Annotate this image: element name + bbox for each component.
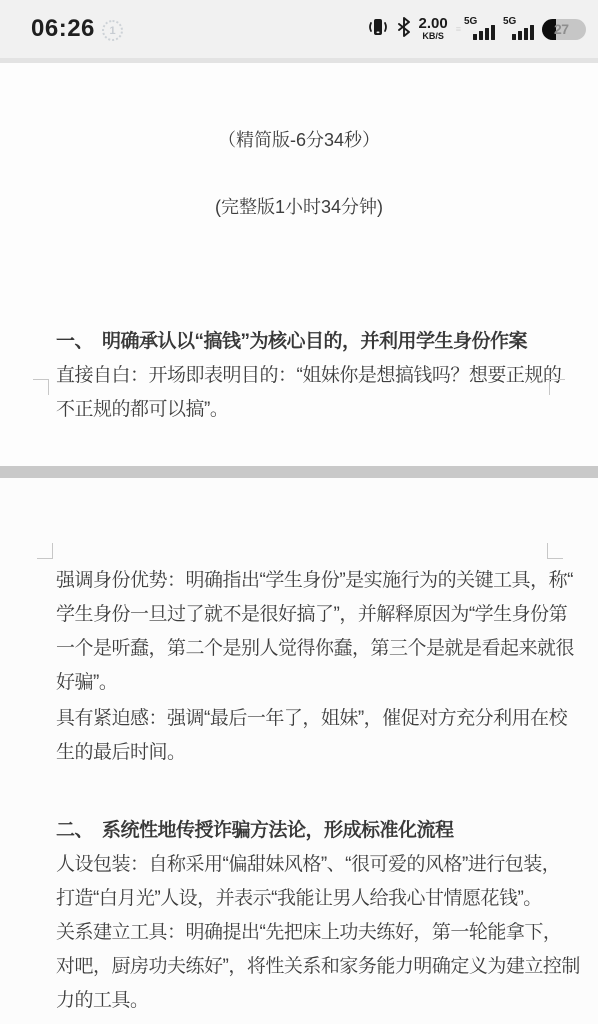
bluetooth-icon [397, 17, 411, 42]
paragraph-relationship-tools: 关系建立工具：明确提出“先把床上功夫练好，第一轮能拿下， 对吧，厨房功夫练好”，… [56, 916, 580, 1018]
network-speed-value: 2.00 [419, 16, 448, 32]
signal-icon: 5G [464, 15, 495, 43]
network-speed-unit: KB/S [422, 32, 444, 41]
status-bar-right-cluster: 2.00 KB/S ≡ 5G 5G 27 [367, 0, 586, 58]
crop-mark-top-right [547, 543, 563, 559]
status-bar: 06:26 1 2.00 KB/S [0, 0, 598, 58]
paragraph-persona-packaging: 人设包装：自称采用“偏甜妹风格”、“很可爱的风格”进行包装， 打造“白月光”人设… [56, 848, 560, 916]
paragraph-direct-confession: 直接自白：开场即表明目的：“姐妹你是想搞钱吗？想要正规的 不正规的都可以搞”。 [56, 359, 561, 427]
doc-subtitle-short-version: （精简版-6分34秒） [0, 127, 598, 153]
vibrate-icon [367, 16, 389, 43]
document-page-2[interactable]: 强调身份优势：明确指出“学生身份”是实施行为的关键工具，称“ 学生身份一旦过了就… [0, 478, 598, 1024]
page-separator [0, 466, 598, 478]
phone-screen: 06:26 1 2.00 KB/S [0, 0, 598, 1024]
clock-time: 06:26 [31, 15, 95, 43]
doc-subtitle-full-version: (完整版1小时34分钟) [0, 194, 598, 220]
paragraph-identity-advantage: 强调身份优势：明确指出“学生身份”是实施行为的关键工具，称“ 学生身份一旦过了就… [56, 564, 574, 700]
section-1-heading: 一、 明确承认以“搞钱”为核心目的，并利用学生身份作案 [56, 325, 527, 359]
crop-mark-top-left [37, 543, 53, 559]
signal-icon: 5G [503, 15, 534, 43]
battery-icon: 27 [542, 19, 586, 40]
paragraph-urgency: 具有紧迫感：强调“最后一年了，姐妹”，催促对方充分利用在校 生的最后时间。 [56, 702, 567, 770]
signal-bars-icon [512, 25, 534, 40]
signal-bars-icon [473, 25, 495, 40]
battery-percent: 27 [554, 21, 569, 37]
section-2-heading: 二、 系统性地传授诈骗方法论，形成标准化流程 [56, 814, 454, 848]
alarm-badge-icon: 1 [102, 20, 123, 41]
document-page-1[interactable]: （精简版-6分34秒） (完整版1小时34分钟) 一、 明确承认以“搞钱”为核心… [0, 63, 598, 466]
statusbar-divider [0, 58, 598, 63]
crop-mark-bottom-left [33, 379, 49, 395]
crop-mark-bottom-right [549, 379, 565, 395]
network-speed: 2.00 KB/S [419, 16, 448, 41]
hd-indicator-icon: ≡ [456, 24, 461, 34]
